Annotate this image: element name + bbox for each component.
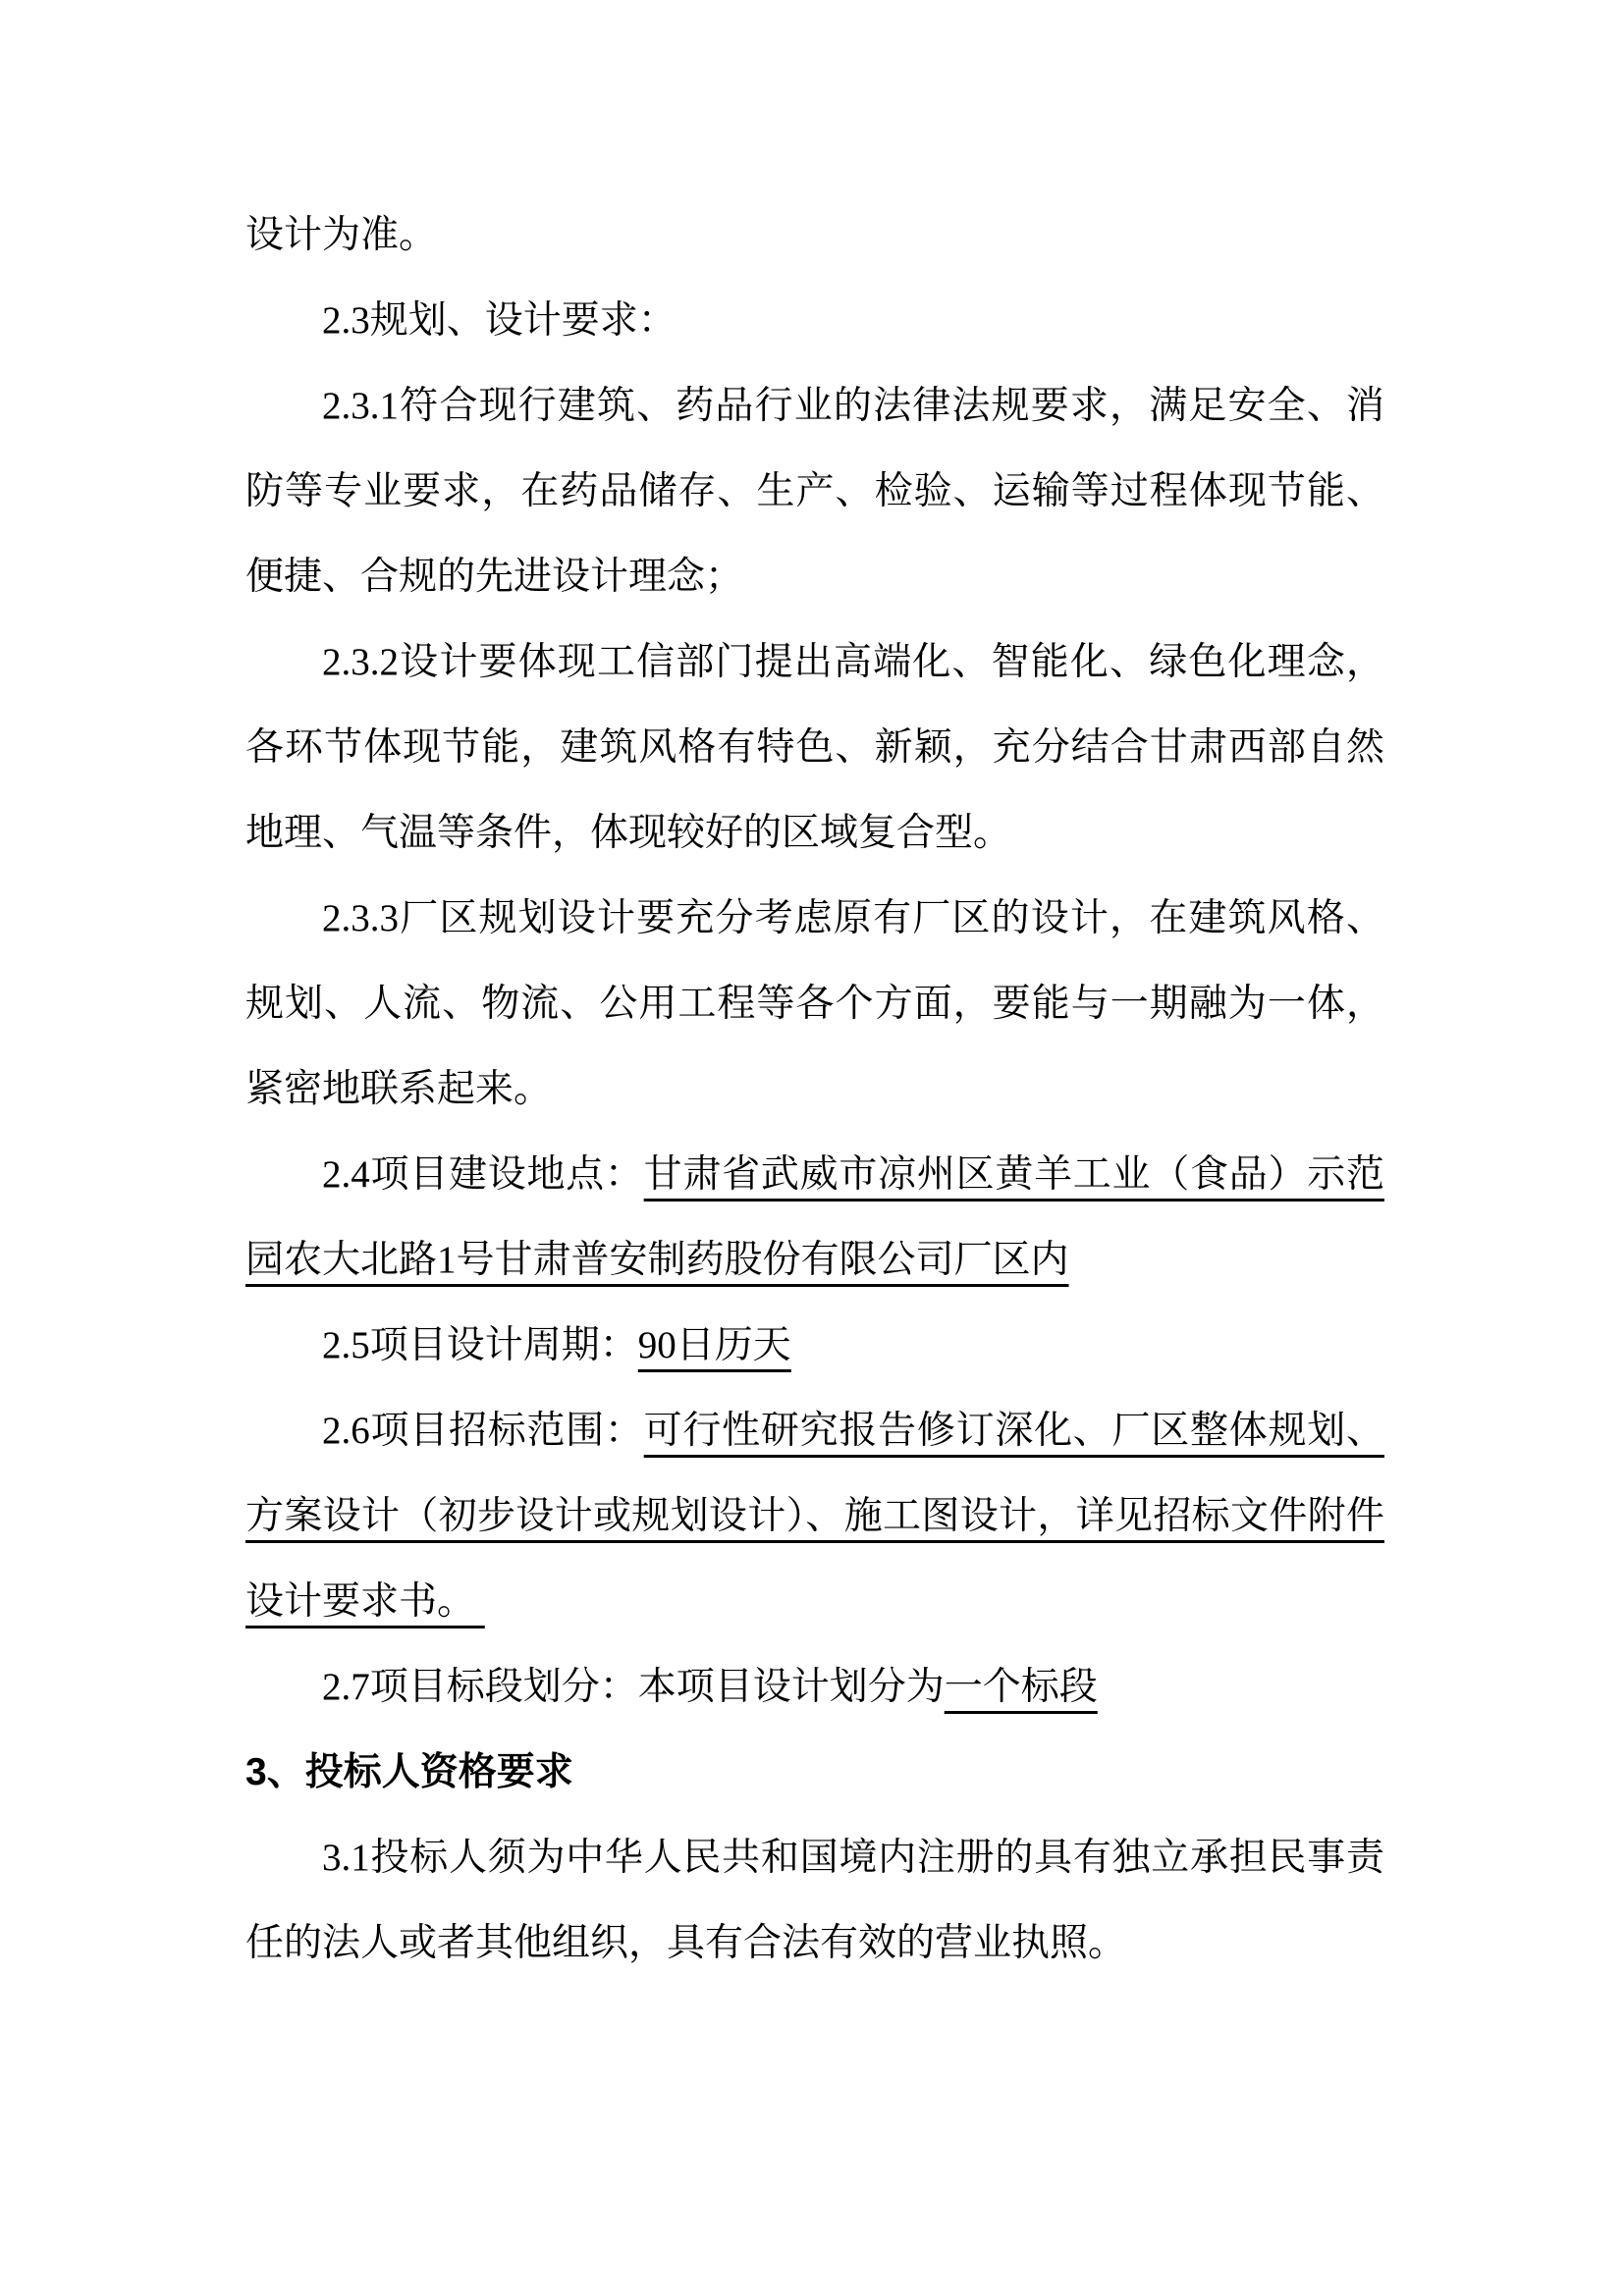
text-run: 2.7项目标段划分：本项目设计划分为 [322,1666,945,1708]
document-page: 设计为准。2.3规划、设计要求：2.3.1符合现行建筑、药品行业的法律法规要求，… [0,0,1624,2296]
para-2-3-2: 2.3.2设计要体现工信部门提出高端化、智能化、绿色化理念，各环节体现节能，建筑… [245,619,1384,876]
para-2-4: 2.4项目建设地点：甘肃省武威市凉州区黄羊工业（食品）示范园农大北路1号甘肃普安… [245,1132,1384,1303]
text-run: 2.3.2设计要体现工信部门提出高端化、智能化、绿色化理念，各环节体现节能，建筑… [245,641,1384,854]
text-run: 3、投标人资格要求 [245,1751,573,1793]
text-run: 2.3.3厂区规划设计要充分考虑原有厂区的设计，在建筑风格、规划、人流、物流、公… [245,897,1384,1110]
para-2-5: 2.5项目设计周期：90日历天 [245,1303,1384,1388]
para-2-3: 2.3规划、设计要求： [245,278,1384,363]
text-run: 2.5项目设计周期： [322,1324,638,1366]
text-run: 2.3规划、设计要求： [322,299,677,342]
para-2-6: 2.6项目招标范围：可行性研究报告修订深化、厂区整体规划、方案设计（初步设计或规… [245,1388,1384,1644]
text-run: 设计为准。 [245,214,437,256]
para-3-1: 3.1投标人须为中华人民共和国境内注册的具有独立承担民事责任的法人或者其他组织，… [245,1815,1384,1986]
underlined-text-run: 90日历天 [638,1324,791,1366]
para-2-3-3: 2.3.3厂区规划设计要充分考虑原有厂区的设计，在建筑风格、规划、人流、物流、公… [245,876,1384,1132]
text-run: 2.6项目招标范围： [322,1410,644,1452]
text-run: 2.4项目建设地点： [322,1153,644,1196]
para-continuation: 设计为准。 [245,192,1384,278]
para-2-3-1: 2.3.1符合现行建筑、药品行业的法律法规要求，满足安全、消防等专业要求，在药品… [245,363,1384,619]
underlined-text-run: 一个标段 [945,1666,1098,1708]
para-2-7: 2.7项目标段划分：本项目设计划分为一个标段 [245,1644,1384,1730]
text-run: 3.1投标人须为中华人民共和国境内注册的具有独立承担民事责任的法人或者其他组织，… [245,1837,1384,1964]
heading-3: 3、投标人资格要求 [245,1730,1384,1815]
text-run: 2.3.1符合现行建筑、药品行业的法律法规要求，满足安全、消防等专业要求，在药品… [245,385,1384,598]
document-content: 设计为准。2.3规划、设计要求：2.3.1符合现行建筑、药品行业的法律法规要求，… [245,192,1384,1986]
